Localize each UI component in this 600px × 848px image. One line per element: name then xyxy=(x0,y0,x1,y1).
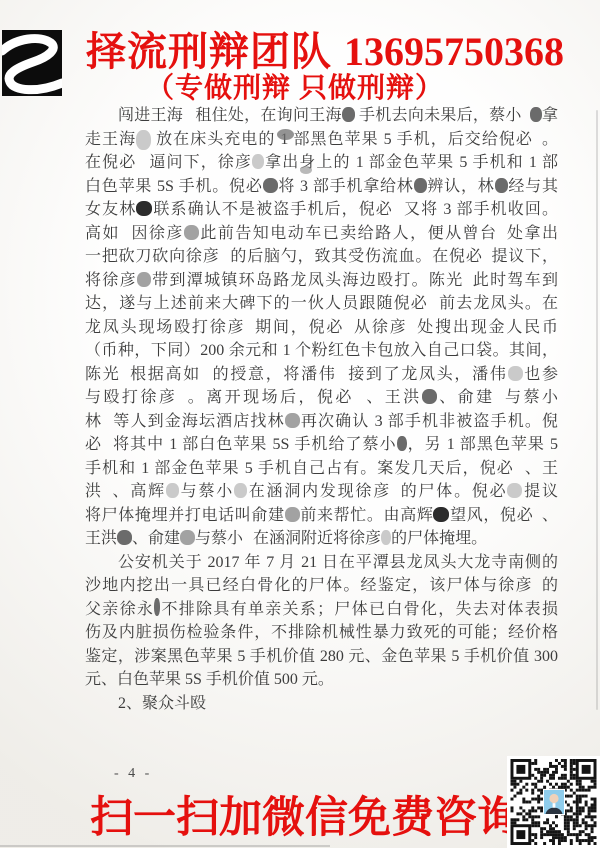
text-run: 的后脑勺，致其受伤流血。在倪必 xyxy=(230,248,483,265)
text-run: 必 xyxy=(85,436,102,453)
text-run: 父亲徐永 xyxy=(85,601,154,618)
redaction-mark xyxy=(393,201,403,216)
redaction-mark xyxy=(522,107,530,122)
law-firm-logo xyxy=(2,30,62,96)
redaction-mark xyxy=(243,530,253,545)
text-line: 王洪、俞建与蔡小在涵洞附近将徐彦的尸体掩埋。 xyxy=(85,527,558,551)
text-line: 父亲徐永不排除具有单亲关系；尸体已白骨化，失去对体表损 xyxy=(85,598,558,622)
text-run: 走王海 xyxy=(85,131,136,148)
text-line: 龙凤头现场殴打徐彦期间，倪必从徐彦处搜出现金人民币 xyxy=(85,316,558,340)
text-run: 王洪 xyxy=(85,530,117,547)
text-run: 2、聚众斗殴 xyxy=(118,695,206,712)
text-run: 、俞建 xyxy=(132,530,180,547)
text-run: 再次确认 3 部手机非被盗手机。倪 xyxy=(300,413,558,430)
text-run: 此时驾车到 xyxy=(472,272,558,289)
redaction-mark xyxy=(495,389,503,404)
text-run: 、 xyxy=(541,507,558,524)
redaction-mark xyxy=(533,507,541,522)
text-line: 走王海 放在床头充电的 1 部黑色苹果 5 手机，后交给倪必。 xyxy=(85,128,558,152)
text-run: 放在床头充电的 1 部黑色苹果 5 手机，后交给倪必 xyxy=(151,131,533,148)
text-line: 闯进王海租住处，在询问王海 手机去向未果后，蔡小拿 xyxy=(85,104,558,128)
text-run: 联系确认不是被盗手机后，倪必 xyxy=(152,201,393,218)
text-line: 手机和 1 部金色苹果 5 手机自己占有。案发几天后，倪必、王 xyxy=(85,457,558,481)
qr-center-avatar xyxy=(543,789,565,815)
text-line: 女友林联系确认不是被盗手机后，倪必又将 3 部手机收回。 xyxy=(85,198,558,222)
text-run: 高如 xyxy=(85,225,120,242)
scan-edge-artifact xyxy=(596,110,598,710)
text-run: 洪 xyxy=(85,483,103,500)
text-run: 提议 xyxy=(522,483,558,500)
text-line: 与殴打徐彦。离开现场后，倪必、王洪、俞建与蔡小 xyxy=(85,386,558,410)
text-line: 将徐彦带到潭城镇环岛路龙凤头海边殴打。陈光此时驾车到 xyxy=(85,269,558,293)
text-run: 逼问下，徐彦 xyxy=(148,154,252,171)
text-run: 鉴定，涉案黑色苹果 5 手机价值 280 元、金色苹果 5 手机价值 300 xyxy=(85,648,558,665)
text-line: 洪、高辉与蔡小在涵洞内发现徐彦的尸体。倪必提议 xyxy=(85,480,558,504)
text-line: 在倪必逼问下，徐彦拿出身上的 1 部金色苹果 5 手机和 1 部 xyxy=(85,151,558,175)
redaction-mark xyxy=(397,436,407,451)
text-line: 陈光根据高如的授意，将潘伟接到了龙凤头，潘伟也参 xyxy=(85,363,558,387)
text-run: 一把砍刀砍向徐彦 xyxy=(85,248,220,265)
logo-mark-icon xyxy=(2,30,62,96)
text-run: 此前告知电动车已卖给路人，便从曾台 xyxy=(199,225,498,242)
text-run: 的尸体掩埋。 xyxy=(391,530,487,547)
scanned-page: 择流刑辩团队13695750368 （专做刑辩 只做刑辩） 闯进王海租住处，在询… xyxy=(0,0,600,848)
text-line: 达，遂与上述前来大碑下的一伙人员跟随倪必前去龙凤头。在 xyxy=(85,292,558,316)
text-run: 在倪必 xyxy=(85,154,136,171)
redaction-mark xyxy=(166,483,179,498)
text-run: 望风，倪必 xyxy=(449,507,533,524)
text-run: 手机和 1 部金色苹果 5 手机自己占有。案发几天后，倪必 xyxy=(85,460,514,477)
redaction-mark xyxy=(263,178,278,193)
redaction-mark xyxy=(136,201,152,216)
redaction-mark xyxy=(234,483,247,498)
text-run: 带到潭城镇环岛路龙凤头海边殴打。陈光 xyxy=(151,272,464,289)
text-line: 白色苹果 5S 手机。倪必将 3 部手机拿给林辨认，林经与其 xyxy=(85,175,558,199)
text-run: 与蔡小 xyxy=(179,483,234,500)
redaction-mark xyxy=(103,483,111,498)
redaction-mark xyxy=(180,530,195,545)
text-run: 的尸体。倪必 xyxy=(399,483,507,500)
text-run: 将其中 1 部白色苹果 5S 手机给了蔡小 xyxy=(112,436,397,453)
text-run: 林 xyxy=(85,413,102,430)
text-run: 处拿出 xyxy=(506,225,558,242)
text-run: 与蔡小 xyxy=(503,389,558,406)
text-line: 一把砍刀砍向徐彦的后脑勺，致其受伤流血。在倪必提议下， xyxy=(85,245,558,269)
text-run: 也参 xyxy=(523,366,558,383)
text-line: 沙地内挖出一具已经白骨化的尸体。经鉴定，该尸体与徐彦的 xyxy=(85,574,558,598)
redaction-mark xyxy=(433,507,449,522)
text-run: 处搜出现金人民币 xyxy=(415,319,558,336)
ink-blob-artifact xyxy=(277,129,294,140)
text-run: 沙地内挖出一具已经白骨化的尸体。经鉴定，该尸体与徐彦 xyxy=(85,577,533,594)
text-run: 不排除具有单亲关系；尸体已白骨化，失去对体表损 xyxy=(160,601,558,618)
redaction-mark xyxy=(344,319,352,334)
redaction-mark xyxy=(533,131,541,146)
redaction-mark xyxy=(337,366,347,381)
text-run: 前来帮忙。由高辉 xyxy=(300,507,434,524)
redaction-mark xyxy=(252,154,264,169)
text-run: 将徐彦 xyxy=(85,272,137,289)
text-run: 与殴打徐彦 xyxy=(85,389,177,406)
redaction-mark xyxy=(530,107,542,122)
redaction-mark xyxy=(464,272,472,287)
redaction-mark xyxy=(428,295,438,310)
text-line: 必将其中 1 部白色苹果 5S 手机给了蔡小，另 1 部黑色苹果 5 xyxy=(85,433,558,457)
text-line: 元、白色苹果 5S 手机价值 500 元。 xyxy=(85,668,558,692)
text-run: 女友林 xyxy=(85,201,136,218)
ink-blob-artifact xyxy=(300,166,312,174)
text-run: 闯进王海 xyxy=(118,107,183,124)
text-run: 、王 xyxy=(524,460,558,477)
redaction-mark xyxy=(483,248,491,263)
text-run: 提议下， xyxy=(491,248,558,265)
header-subtitle: （专做刑辩 只做刑辩） xyxy=(146,66,444,106)
text-line: 伤及内脏损伤检验条件，不排除机械性暴力致死的可能；经价格 xyxy=(85,621,558,645)
text-run: 租住处，在询问王海 xyxy=(195,107,342,124)
text-run: 因徐彦 xyxy=(130,225,184,242)
text-run: 元、白色苹果 5S 手机价值 500 元。 xyxy=(85,671,334,688)
redaction-mark xyxy=(495,178,508,193)
redaction-mark xyxy=(102,436,112,451)
redaction-mark xyxy=(514,460,524,475)
redaction-mark xyxy=(498,225,506,240)
redaction-mark xyxy=(354,389,364,404)
text-line: 2、聚众斗殴 xyxy=(85,692,558,716)
redaction-mark xyxy=(120,366,128,381)
scan-bottom-artifact xyxy=(0,845,330,847)
text-run: 期间，倪必 xyxy=(253,319,344,336)
text-run: 与蔡小 xyxy=(195,530,243,547)
redaction-mark xyxy=(201,366,211,381)
document-body: 闯进王海租住处，在询问王海 手机去向未果后，蔡小拿走王海 放在床头充电的 1 部… xyxy=(85,104,558,715)
redaction-mark xyxy=(507,483,522,498)
text-run: 。 xyxy=(541,131,558,148)
text-run: 将尸体掩埋并打电话叫俞建 xyxy=(85,507,285,524)
text-run: 经与其 xyxy=(508,178,558,195)
text-run: （币种，下同）200 余元和 1 个粉红色卡包放入自己口袋。其间， xyxy=(85,342,558,359)
wechat-cta-text: 扫一扫加微信免费咨询 xyxy=(90,784,520,845)
redaction-mark xyxy=(342,107,355,122)
text-run: ，另 1 部黑色苹果 5 xyxy=(407,436,558,453)
text-run: 将 3 部手机拿给林 xyxy=(278,178,414,195)
redaction-mark xyxy=(381,530,391,545)
redaction-mark xyxy=(533,577,541,592)
text-line: 高如因徐彦此前告知电动车已卖给路人，便从曾台处拿出 xyxy=(85,222,558,246)
redaction-mark xyxy=(407,319,415,334)
text-run: 又将 3 部手机收回。 xyxy=(403,201,558,218)
text-run: 、王洪 xyxy=(364,389,422,406)
text-line: （币种，下同）200 余元和 1 个粉红色卡包放入自己口袋。其间， xyxy=(85,339,558,363)
text-run: 拿 xyxy=(542,107,558,124)
text-line: 公安机关于 2017 年 7 月 21 日在平潭县龙凤头大龙寺南侧的 xyxy=(85,551,558,575)
wechat-qr-code xyxy=(507,756,600,848)
text-run: 从徐彦 xyxy=(352,319,407,336)
redaction-mark xyxy=(391,483,399,498)
text-run: 白色苹果 5S 手机。倪必 xyxy=(85,178,263,195)
redaction-mark xyxy=(184,225,199,240)
text-run: 伤及内脏损伤检验条件，不排除机械性暴力致死的可能；经价格 xyxy=(85,624,558,641)
avatar-photo-icon xyxy=(544,790,564,814)
text-run: 辨认，林 xyxy=(427,178,495,195)
text-run: 的 xyxy=(541,577,558,594)
text-run: 陈光 xyxy=(85,366,120,383)
text-run: 。离开现场后，倪必 xyxy=(185,389,354,406)
redaction-mark xyxy=(508,366,523,381)
text-run: 、俞建 xyxy=(437,389,495,406)
redaction-mark xyxy=(414,178,427,193)
text-run: 达，遂与上述前来大碑下的一伙人员跟随倪必 xyxy=(85,295,428,312)
text-run: 公安机关于 2017 年 7 月 21 日在平潭县龙凤头大龙寺南侧的 xyxy=(118,554,558,571)
redaction-mark xyxy=(136,130,151,150)
redaction-mark xyxy=(220,248,230,263)
text-run: 根据高如 xyxy=(128,366,201,383)
redaction-mark xyxy=(422,389,437,404)
text-run: 接到了龙凤头，潘伟 xyxy=(347,366,508,383)
redaction-mark xyxy=(137,272,151,287)
redaction-mark xyxy=(285,507,300,522)
text-run: 前去龙凤头。在 xyxy=(438,295,558,312)
redaction-mark xyxy=(136,154,148,169)
text-run: 龙凤头现场殴打徐彦 xyxy=(85,319,245,336)
text-run: 、高辉 xyxy=(111,483,166,500)
text-line: 鉴定，涉案黑色苹果 5 手机价值 280 元、金色苹果 5 手机价值 300 xyxy=(85,645,558,669)
text-run: 在涵洞内发现徐彦 xyxy=(247,483,391,500)
text-line: 将尸体掩埋并打电话叫俞建前来帮忙。由高辉望风，倪必、 xyxy=(85,504,558,528)
redaction-mark xyxy=(117,530,132,545)
redaction-mark xyxy=(183,107,195,122)
redaction-mark xyxy=(102,413,112,428)
text-run: 等人到金海坛酒店找林 xyxy=(112,413,285,430)
text-run: 手机去向未果后，蔡小 xyxy=(355,107,522,124)
text-line: 林等人到金海坛酒店找林再次确认 3 部手机非被盗手机。倪 xyxy=(85,410,558,434)
redaction-mark xyxy=(245,319,253,334)
text-run: 的授意，将潘伟 xyxy=(211,366,337,383)
redaction-mark xyxy=(120,225,130,240)
redaction-mark xyxy=(154,598,160,616)
page-number: - 4 - xyxy=(114,766,152,782)
text-run: 在涵洞附近将徐彦 xyxy=(253,530,381,547)
redaction-mark xyxy=(285,413,300,428)
